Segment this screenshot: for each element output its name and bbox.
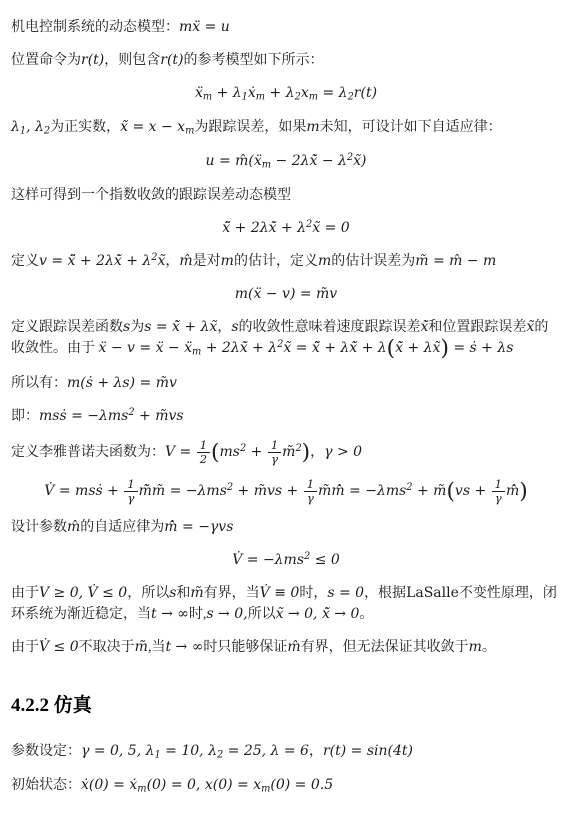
math-run: s → 0, bbox=[206, 606, 247, 622]
text-run: 为跟踪误差，如果 bbox=[194, 120, 306, 135]
math-run: ≤ 0 bbox=[310, 552, 340, 568]
text-run: ，所以 bbox=[127, 586, 169, 601]
paragraph: 由于V̇ ≤ 0不取决于m̃,当t → ∞时只能够保证m̂有界，但无法保证其收敛… bbox=[11, 637, 561, 658]
equation: V̇ = msṡ + 1γm̃̇m̃ = −λms2 + m̃vs + 1γm̃… bbox=[11, 478, 561, 505]
paragraph: 设计参数m̂的自适应律为m̂̇ = −γvs bbox=[11, 517, 561, 538]
text-run: 为正实数， bbox=[50, 120, 120, 135]
paragraph: 由于V ≥ 0, V̇ ≤ 0，所以s和m̃有界，当V̇ ≡ 0时，s = 0，… bbox=[11, 583, 561, 625]
text-run: 的估计误差为 bbox=[331, 254, 415, 269]
fraction-denominator: γ bbox=[304, 492, 317, 505]
math-run: x bbox=[301, 85, 309, 101]
fraction-numerator: 1 bbox=[492, 478, 505, 492]
paragraph: 定义跟踪误差函数s为s = x̃̇ + λx̃，s的收敛性意味着速度跟踪误差x̃… bbox=[11, 317, 561, 360]
equation: u = m̂(ẍm − 2λx̃̇ − λ2x̃) bbox=[11, 151, 561, 173]
paragraph: 位置命令为r(t)，则包含r(t)的参考模型如下所示： bbox=[11, 50, 561, 71]
text-run: 设计参数 bbox=[11, 520, 67, 535]
math-run: = ṡ + λs bbox=[449, 340, 514, 356]
math-run: vs + bbox=[455, 483, 491, 499]
big-paren: ( bbox=[387, 336, 395, 361]
math-run: + m̃vs bbox=[135, 408, 184, 424]
subscript: m bbox=[262, 160, 271, 171]
math-run: r(t) bbox=[354, 85, 377, 101]
roman-run: LaSalle bbox=[406, 585, 459, 601]
text-run: 为 bbox=[130, 320, 144, 335]
math-run: − 2λx̃̇ − λ bbox=[271, 153, 347, 169]
math-run: m̂ bbox=[287, 639, 300, 655]
math-run: m bbox=[469, 639, 482, 655]
text-run: 的自适应律为 bbox=[80, 520, 164, 535]
math-run: r(t) bbox=[81, 52, 104, 68]
document-content: 机电控制系统的动态模型：mẍ = u位置命令为r(t)，则包含r(t)的参考模型… bbox=[11, 17, 561, 797]
math-run: x̃ = 0 bbox=[312, 220, 349, 236]
math-run: s = 0 bbox=[327, 585, 364, 601]
big-paren: ) bbox=[440, 336, 448, 361]
subscript: m bbox=[203, 91, 212, 102]
math-run: V̇ = msṡ + bbox=[44, 483, 123, 499]
math-run: ms bbox=[220, 444, 240, 460]
subscript: m bbox=[137, 783, 146, 794]
math-run: m bbox=[318, 253, 331, 269]
fraction-numerator: 1 bbox=[124, 478, 137, 492]
math-run: m̃̇m̃ = −λms bbox=[139, 483, 227, 499]
math-run: m̃ = m̂ − m bbox=[415, 253, 496, 269]
document-page: 机电控制系统的动态模型：mẍ = u位置命令为r(t)，则包含r(t)的参考模型… bbox=[0, 0, 571, 821]
math-run: V = bbox=[165, 444, 196, 460]
text-run: 定义 bbox=[11, 254, 39, 269]
subscript: m bbox=[192, 347, 201, 358]
math-run: m bbox=[306, 119, 319, 135]
text-run: 由于 bbox=[11, 586, 39, 601]
math-run: x̃̇ + λx̃ bbox=[395, 340, 440, 356]
big-paren: ) bbox=[302, 440, 310, 465]
text-run: 由于 bbox=[11, 640, 39, 655]
text-run: 的收敛性意味着速度跟踪误差 bbox=[239, 320, 421, 335]
math-run: V̇ ≤ 0 bbox=[39, 639, 79, 655]
math-run: m̂ bbox=[179, 253, 192, 269]
math-run: r(t) = sin(4t) bbox=[323, 743, 413, 759]
text-run: 这样可得到一个指数收敛的跟踪误差动态模型 bbox=[11, 188, 291, 203]
math-run: ẋ bbox=[248, 85, 256, 101]
text-run: 机电控制系统的动态模型： bbox=[11, 20, 179, 35]
text-run: ， bbox=[217, 320, 231, 335]
math-run: m̃m̂̇ = −λms bbox=[318, 483, 406, 499]
math-run: m̂̇ bbox=[506, 483, 519, 499]
math-run: + λ bbox=[212, 85, 242, 101]
text-run: 定义跟踪误差函数 bbox=[11, 320, 123, 335]
fraction: 1γ bbox=[124, 478, 137, 505]
math-run: + m̃vs + bbox=[233, 483, 303, 499]
math-run: m(ẍ − v) = m̃v bbox=[235, 286, 337, 302]
math-run: + 2λx̃̇ + λ bbox=[201, 340, 277, 356]
math-run: = 25, λ = 6 bbox=[223, 743, 309, 759]
math-run: u = m̂(ẍ bbox=[206, 153, 262, 169]
section-heading: 4.2.2 仿真 bbox=[11, 692, 561, 721]
paragraph: 参数设定：γ = 0, 5, λ1 = 10, λ2 = 25, λ = 6，r… bbox=[11, 741, 561, 763]
math-run: m̃ bbox=[135, 639, 148, 655]
math-run: t → ∞ bbox=[165, 639, 203, 655]
equation: V̇ = −λms2 ≤ 0 bbox=[11, 550, 561, 571]
fraction: 1γ bbox=[304, 478, 317, 505]
text-run: 位置命令为 bbox=[11, 53, 81, 68]
math-run: + λ bbox=[265, 85, 295, 101]
math-run: x̃ = x − x bbox=[120, 119, 185, 135]
text-run: 所以有： bbox=[11, 376, 67, 391]
text-run: ，根据 bbox=[364, 586, 406, 601]
big-paren: ( bbox=[211, 440, 219, 465]
math-run: λ bbox=[11, 119, 20, 135]
fraction-denominator: γ bbox=[124, 492, 137, 505]
math-run: = 10, λ bbox=[161, 743, 217, 759]
fraction: 1γ bbox=[268, 439, 281, 466]
text-run: ， bbox=[310, 445, 324, 460]
paragraph: 所以有：m(ṡ + λs) = m̃v bbox=[11, 373, 561, 394]
equation: x̃̈ + 2λx̃̇ + λ2x̃ = 0 bbox=[11, 218, 561, 239]
math-run: m(ṡ + λs) = m̃v bbox=[67, 375, 177, 391]
text-run: 是对 bbox=[193, 254, 221, 269]
text-run: 时, bbox=[189, 607, 207, 622]
text-run: 定义李雅普诺夫函数为： bbox=[11, 445, 165, 460]
text-run: 4.2.2 仿真 bbox=[11, 695, 92, 716]
math-run: , λ bbox=[26, 119, 44, 135]
equation: m(ẍ − v) = m̃v bbox=[11, 284, 561, 305]
fraction-numerator: 1 bbox=[304, 478, 317, 492]
math-run: γ > 0 bbox=[324, 444, 362, 460]
math-run: msṡ = −λms bbox=[39, 408, 128, 424]
fraction-denominator: γ bbox=[268, 453, 281, 466]
math-run: ẍ bbox=[195, 85, 203, 101]
math-run: V ≥ 0, V̇ ≤ 0 bbox=[39, 585, 127, 601]
big-paren: ( bbox=[446, 479, 454, 504]
text-run: 时， bbox=[299, 586, 327, 601]
fraction: 1γ bbox=[492, 478, 505, 505]
math-run: v = x̃̈ + 2λx̃̇ + λ bbox=[39, 253, 151, 269]
text-run: 所以 bbox=[248, 607, 276, 622]
math-run: m̃ bbox=[190, 585, 203, 601]
text-run: 不取决于 bbox=[79, 640, 135, 655]
paragraph: 这样可得到一个指数收敛的跟踪误差动态模型 bbox=[11, 185, 561, 206]
math-run: x̃ = x̃̈ + λx̃̇ + λ bbox=[283, 340, 386, 356]
text-run: 的参考模型如下所示： bbox=[184, 53, 324, 68]
paragraph: 即：msṡ = −λms2 + m̃vs bbox=[11, 406, 561, 427]
text-run: ,当 bbox=[148, 640, 166, 655]
text-run: 初始状态： bbox=[11, 778, 81, 793]
text-run: 即： bbox=[11, 409, 39, 424]
text-run: 参数设定： bbox=[11, 744, 81, 759]
math-run: V̇ ≡ 0 bbox=[260, 585, 300, 601]
subscript: m bbox=[309, 91, 318, 102]
text-run: 时只能够保证 bbox=[203, 640, 287, 655]
fraction-denominator: γ bbox=[492, 492, 505, 505]
paragraph: 初始状态：ẋ(0) = ẋm(0) = 0, x(0) = xm(0) = 0.… bbox=[11, 775, 561, 797]
math-run: (0) = 0.5 bbox=[270, 777, 333, 793]
text-run: 和 bbox=[176, 586, 190, 601]
paragraph: λ1, λ2为正实数，x̃ = x − xm为跟踪误差，如果m未知，可设计如下自… bbox=[11, 117, 561, 139]
text-run: ，则包含 bbox=[104, 53, 160, 68]
subscript: m bbox=[256, 91, 265, 102]
text-run: 。 bbox=[482, 640, 496, 655]
fraction: 12 bbox=[197, 439, 210, 466]
text-run: 有界，但无法保证其收敛于 bbox=[301, 640, 469, 655]
text-run: ， bbox=[165, 254, 179, 269]
paragraph: 机电控制系统的动态模型：mẍ = u bbox=[11, 17, 561, 38]
math-run: m̂̇ = −γvs bbox=[164, 519, 233, 535]
math-run: (0) = 0, x(0) = x bbox=[147, 777, 262, 793]
subscript: m bbox=[185, 126, 194, 137]
math-run: = λ bbox=[318, 85, 348, 101]
subscript: m bbox=[261, 783, 270, 794]
math-run: mẍ = u bbox=[179, 19, 230, 35]
text-run: ， bbox=[309, 744, 323, 759]
fraction-numerator: 1 bbox=[197, 439, 210, 453]
text-run: 有界，当 bbox=[204, 586, 260, 601]
text-run: 未知，可设计如下自适应律： bbox=[320, 120, 502, 135]
paragraph: 定义李雅普诺夫函数为：V = 12(ms2 + 1γm̃2)，γ > 0 bbox=[11, 439, 561, 466]
math-run: s bbox=[231, 319, 238, 335]
big-paren: ) bbox=[519, 479, 527, 504]
math-run: ẋ(0) = ẋ bbox=[81, 777, 137, 793]
math-run: t → ∞ bbox=[151, 606, 189, 622]
math-run: m bbox=[221, 253, 234, 269]
text-run: 。 bbox=[359, 607, 373, 622]
math-run: r(t) bbox=[160, 52, 183, 68]
math-run: γ = 0, 5, λ bbox=[81, 743, 155, 759]
math-run: x̃) bbox=[353, 153, 366, 169]
math-run: V̇ = −λms bbox=[232, 552, 304, 568]
math-run: ẍ − v = ẍ − ẍ bbox=[99, 340, 193, 356]
math-run: x̃ → 0, x̃̇ → 0 bbox=[276, 606, 360, 622]
math-run: + bbox=[246, 444, 267, 460]
text-run: 和位置跟踪误差 bbox=[428, 320, 526, 335]
fraction-numerator: 1 bbox=[268, 439, 281, 453]
math-run: m̂ bbox=[67, 519, 80, 535]
paragraph: 定义v = x̃̈ + 2λx̃̇ + λ2x̃，m̂是对m的估计，定义m的估计… bbox=[11, 251, 561, 272]
text-run: 的估计，定义 bbox=[234, 254, 318, 269]
equation: ẍm + λ1ẋm + λ2xm = λ2r(t) bbox=[11, 83, 561, 105]
math-run: + m̃ bbox=[413, 483, 447, 499]
math-run: x̃̈ + 2λx̃̇ + λ bbox=[222, 220, 306, 236]
fraction-denominator: 2 bbox=[197, 453, 210, 466]
math-run: s = x̃̇ + λx̃ bbox=[144, 319, 217, 335]
math-run: m̃ bbox=[282, 444, 295, 460]
